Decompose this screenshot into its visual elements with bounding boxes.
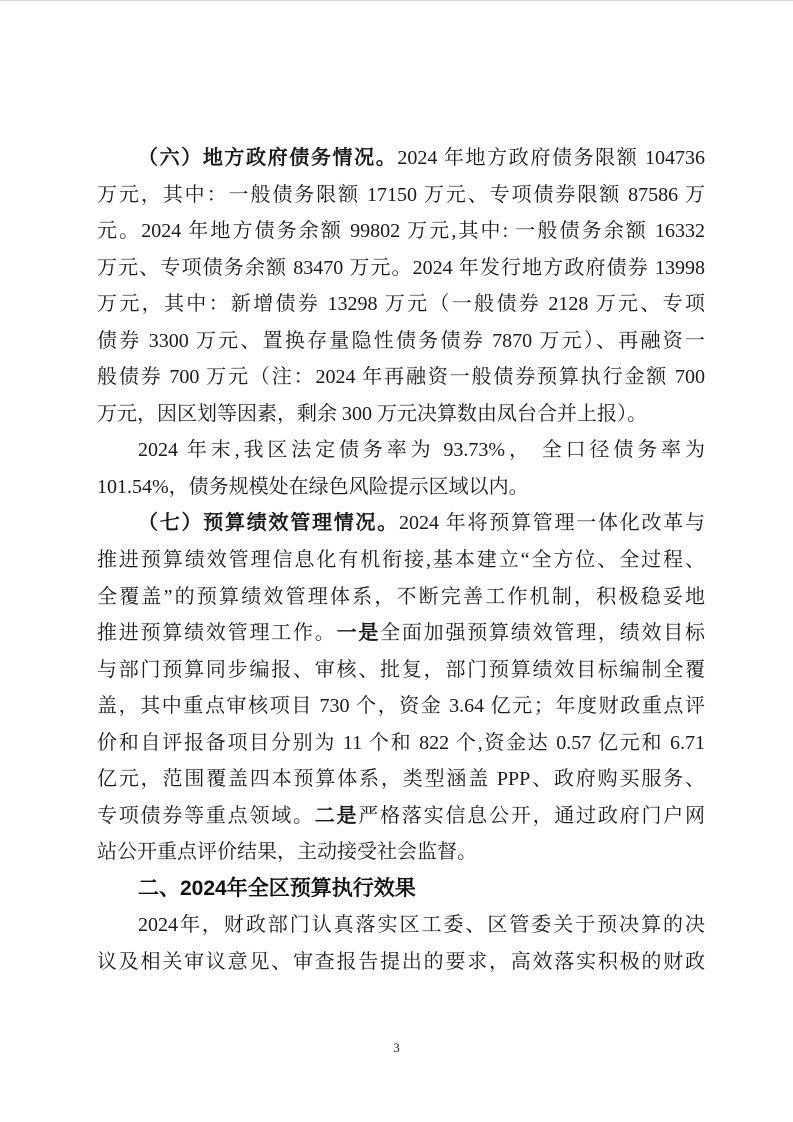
body-text: 2024年，财政部门认真落实区工委、区管委关于预决算的决 (138, 914, 705, 936)
text-line: 议及相关审议意见、审查报告提出的要求，高效落实积极的财政 (97, 944, 705, 981)
emphasis-text: （六）地方政府债务情况。 (138, 147, 397, 169)
body-text: 严格落实信息公开，通过政府门户网 (358, 805, 705, 827)
text-line: 站公开重点评价结果，主动接受社会监督。 (97, 834, 705, 871)
body-text: 2024 年将预算管理一体化改革与 (399, 512, 705, 534)
text-line: 盖，其中重点审核项目 730 个，资金 3.64 亿元；年度财政重点评 (97, 688, 705, 725)
document-page: （六）地方政府债务情况。2024 年地方政府债务限额 104736万元，其中：一… (0, 0, 793, 1122)
text-line: 推进预算绩效管理信息化有机衔接,基本建立“全方位、全过程、 (97, 542, 705, 579)
body-text: 站公开重点评价结果，主动接受社会监督。 (97, 841, 477, 863)
emphasis-text: 一是 (337, 622, 381, 644)
text-line: （七）预算绩效管理情况。2024 年将预算管理一体化改革与 (97, 505, 705, 542)
body-text: 专项债券等重点领域。 (97, 805, 315, 827)
document-lines: （六）地方政府债务情况。2024 年地方政府债务限额 104736万元，其中：一… (97, 140, 705, 981)
text-line: 2024 年末,我区法定债务率为 93.73%， 全口径债务率为 (97, 432, 705, 469)
body-text: 债券 3300 万元、置换存量隐性债务债券 7870 万元）、再融资一 (97, 330, 705, 352)
text-line: 万元，其中：一般债务限额 17150 万元、专项债券限额 87586 万 (97, 177, 705, 214)
body-text: 万元，其中：一般债务限额 17150 万元、专项债券限额 87586 万 (97, 184, 705, 206)
emphasis-text: （七）预算绩效管理情况。 (138, 512, 399, 534)
emphasis-text: 二是 (315, 805, 359, 827)
text-line: 万元、专项债务余额 83470 万元。2024 年发行地方政府债券 13998 (97, 250, 705, 287)
body-text: 全覆盖”的预算绩效管理体系，不断完善工作机制，积极稳妥地 (97, 586, 705, 608)
text-line: 元。2024 年地方债务余额 99802 万元,其中: 一般债务余额 16332 (97, 213, 705, 250)
body-text: 万元，因区划等因素，剩余 300 万元决算数由凤台合并上报）。 (97, 403, 647, 425)
page-number: 3 (0, 1040, 793, 1056)
body-text: 推进预算绩效管理工作。 (97, 622, 337, 644)
body-text: 2024 年地方政府债务限额 104736 (397, 147, 705, 169)
text-line: 推进预算绩效管理工作。一是全面加强预算绩效管理，绩效目标 (97, 615, 705, 652)
emphasis-text: 二、2024年全区预算执行效果 (138, 877, 416, 900)
body-text: 万元，其中：新增债券 13298 万元（一般债券 2128 万元、专项 (97, 293, 705, 315)
text-line: （六）地方政府债务情况。2024 年地方政府债务限额 104736 (97, 140, 705, 177)
text-line: 万元，因区划等因素，剩余 300 万元决算数由凤台合并上报）。 (97, 396, 705, 433)
section-heading: 二、2024年全区预算执行效果 (97, 871, 705, 908)
body-text: 般债券 700 万元（注：2024 年再融资一般债券预算执行金额 700 (97, 366, 705, 388)
body-text: 2024 年末,我区法定债务率为 93.73%， 全口径债务率为 (138, 439, 705, 461)
body-text: 与部门预算同步编报、审核、批复，部门预算绩效目标编制全覆 (97, 659, 705, 681)
text-line: 债券 3300 万元、置换存量隐性债务债券 7870 万元）、再融资一 (97, 323, 705, 360)
body-text: 议及相关审议意见、审查报告提出的要求，高效落实积极的财政 (97, 951, 705, 973)
body-text: 全面加强预算绩效管理，绩效目标 (380, 622, 705, 644)
text-line: 与部门预算同步编报、审核、批复，部门预算绩效目标编制全覆 (97, 652, 705, 689)
body-text: 盖，其中重点审核项目 730 个，资金 3.64 亿元；年度财政重点评 (97, 695, 705, 717)
body-text: 101.54%，债务规模处在绿色风险提示区域以内。 (97, 476, 529, 498)
body-text: 推进预算绩效管理信息化有机衔接,基本建立“全方位、全过程、 (97, 549, 705, 571)
text-line: 全覆盖”的预算绩效管理体系，不断完善工作机制，积极稳妥地 (97, 579, 705, 616)
text-line: 101.54%，债务规模处在绿色风险提示区域以内。 (97, 469, 705, 506)
body-text: 元。2024 年地方债务余额 99802 万元,其中: 一般债务余额 16332 (97, 220, 705, 242)
text-line: 万元，其中：新增债券 13298 万元（一般债券 2128 万元、专项 (97, 286, 705, 323)
body-text: 亿元，范围覆盖四本预算体系，类型涵盖 PPP、政府购买服务、 (97, 768, 705, 790)
text-line: 专项债券等重点领域。二是严格落实信息公开，通过政府门户网 (97, 798, 705, 835)
text-line: 2024年，财政部门认真落实区工委、区管委关于预决算的决 (97, 907, 705, 944)
body-text: 价和自评报备项目分别为 11 个和 822 个,资金达 0.57 亿元和 6.7… (97, 732, 705, 754)
text-line: 般债券 700 万元（注：2024 年再融资一般债券预算执行金额 700 (97, 359, 705, 396)
body-text: 万元、专项债务余额 83470 万元。2024 年发行地方政府债券 13998 (97, 257, 705, 279)
text-line: 亿元，范围覆盖四本预算体系，类型涵盖 PPP、政府购买服务、 (97, 761, 705, 798)
text-line: 价和自评报备项目分别为 11 个和 822 个,资金达 0.57 亿元和 6.7… (97, 725, 705, 762)
